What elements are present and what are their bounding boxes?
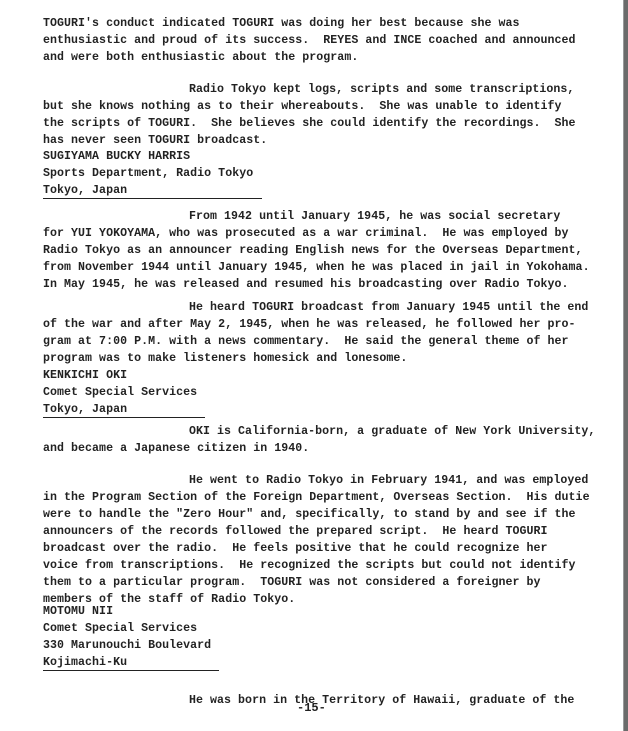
text-line: and became a Japanese citizen in 1940.: [43, 442, 309, 456]
text-line: program was to make listeners homesick a…: [43, 352, 407, 366]
text-line: gram at 7:00 P.M. with a news commentary…: [43, 335, 569, 349]
header-line: Tokyo, Japan: [43, 403, 127, 417]
header-line: Comet Special Services: [43, 386, 197, 400]
text-line: but she knows nothing as to their wherea…: [43, 100, 562, 114]
text-line: enthusiastic and proud of its success. R…: [43, 34, 576, 48]
text-line: From 1942 until January 1945, he was soc…: [189, 210, 560, 224]
text-line: them to a particular program. TOGURI was…: [43, 576, 541, 590]
header-line: SUGIYAMA BUCKY HARRIS: [43, 150, 190, 164]
text-line: of the war and after May 2, 1945, when h…: [43, 318, 576, 332]
text-line: TOGURI's conduct indicated TOGURI was do…: [43, 17, 520, 31]
text-line: were to handle the "Zero Hour" and, spec…: [43, 508, 576, 522]
header-underline: [43, 198, 262, 199]
text-line: He was born in the Territory of Hawaii, …: [189, 694, 574, 708]
header-line: Comet Special Services: [43, 622, 197, 636]
text-line: announcers of the records followed the p…: [43, 525, 548, 539]
document-page: TOGURI's conduct indicated TOGURI was do…: [0, 0, 623, 731]
header-line: MOTOMU NII: [43, 605, 113, 619]
header-underline: [43, 670, 219, 671]
header-underline: [43, 417, 205, 418]
text-line: and were both enthusiastic about the pro…: [43, 51, 358, 65]
text-line: from November 1944 until January 1945, w…: [43, 261, 590, 275]
header-line: KENKICHI OKI: [43, 369, 127, 383]
header-line: Sports Department, Radio Tokyo: [43, 167, 253, 181]
text-line: in the Program Section of the Foreign De…: [43, 491, 590, 505]
text-line: He went to Radio Tokyo in February 1941,…: [189, 474, 588, 488]
header-line: Tokyo, Japan: [43, 184, 127, 198]
text-line: OKI is California-born, a graduate of Ne…: [189, 425, 595, 439]
scrollbar-edge: [623, 0, 628, 731]
text-line: has never seen TOGURI broadcast.: [43, 134, 267, 148]
page-number: -15-: [297, 701, 326, 715]
text-line: broadcast over the radio. He feels posit…: [43, 542, 548, 556]
text-line: Radio Tokyo as an announcer reading Engl…: [43, 244, 583, 258]
text-line: the scripts of TOGURI. She believes she …: [43, 117, 576, 131]
text-line: He heard TOGURI broadcast from January 1…: [189, 301, 588, 315]
text-line: In May 1945, he was released and resumed…: [43, 278, 569, 292]
text-line: for YUI YOKOYAMA, who was prosecuted as …: [43, 227, 569, 241]
text-line: Radio Tokyo kept logs, scripts and some …: [189, 83, 574, 97]
text-line: voice from transcriptions. He recognized…: [43, 559, 576, 573]
header-line: Kojimachi-Ku: [43, 656, 127, 670]
header-line: 330 Marunouchi Boulevard: [43, 639, 211, 653]
